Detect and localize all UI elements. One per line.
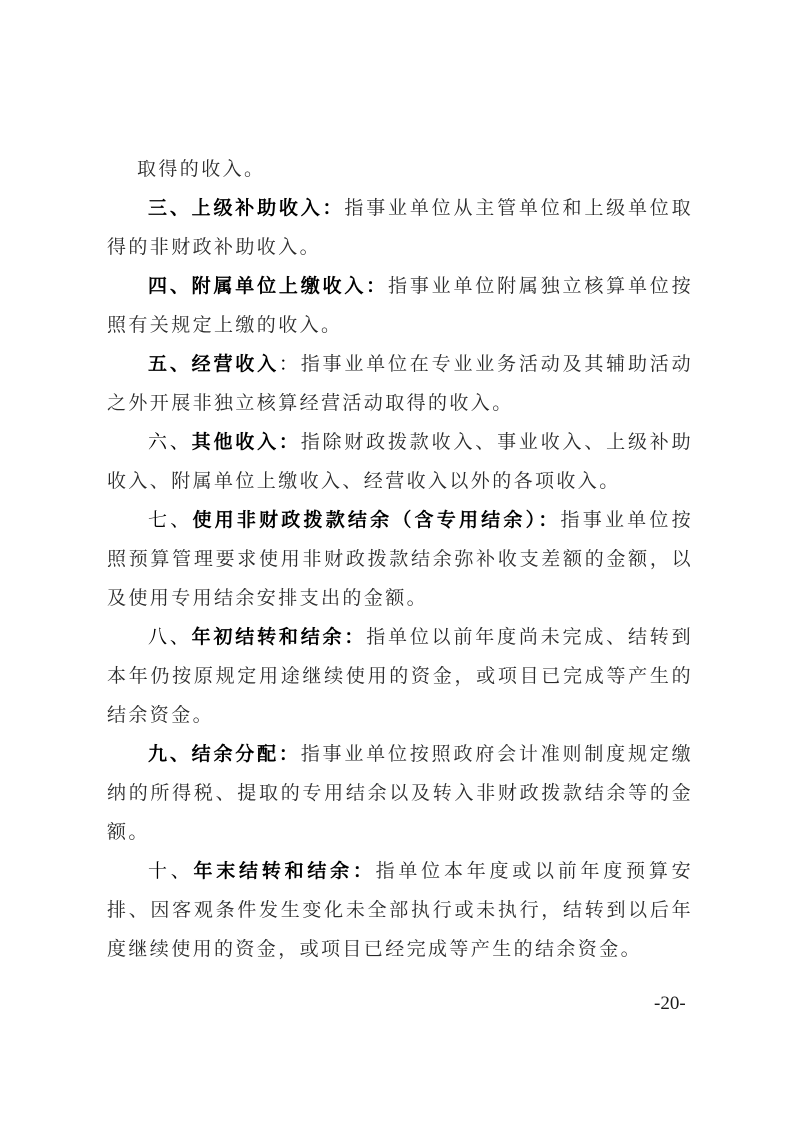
section-number: 三、: [148, 197, 192, 219]
section-3-superior-subsidy-income: 三、上级补助收入：指事业单位从主管单位和上级单位取得的非财政补助收入。: [107, 189, 693, 267]
section-term: 上级补助收入: [192, 197, 323, 219]
section-colon: ：: [366, 275, 388, 297]
section-6-other-income: 六、其他收入：指除财政拨款收入、事业收入、上级补助收入、附属单位上缴收入、经营收…: [107, 423, 693, 501]
section-colon: ：: [323, 197, 345, 219]
section-8-opening-carryover-and-surplus: 八、年初结转和结余：指单位以前年度尚未完成、结转到本年仍按原规定用途继续使用的资…: [107, 618, 693, 735]
section-number: 四、: [148, 275, 192, 297]
document-page: 取得的收入。 三、上级补助收入：指事业单位从主管单位和上级单位取得的非财政补助收…: [0, 0, 793, 1122]
continued-paragraph: 取得的收入。: [107, 150, 693, 189]
paragraph-text: 取得的收入。: [137, 158, 265, 180]
section-term: 结余分配: [192, 743, 279, 765]
section-4-affiliate-remittance-income: 四、附属单位上缴收入：指事业单位附属独立核算单位按照有关规定上缴的收入。: [107, 267, 693, 345]
section-colon: ：: [538, 509, 560, 531]
section-number: 五、: [148, 353, 192, 375]
document-body: 取得的收入。 三、上级补助收入：指事业单位从主管单位和上级单位取得的非财政补助收…: [107, 150, 693, 969]
section-7-use-of-non-fiscal-surplus: 七、使用非财政拨款结余（含专用结余）：指事业单位按照预算管理要求使用非财政拨款结…: [107, 501, 693, 618]
section-term: 附属单位上缴收入: [192, 275, 367, 297]
section-colon: ：: [279, 431, 301, 453]
page-number: -20-: [654, 993, 686, 1015]
section-colon: ：: [279, 353, 301, 375]
section-term: 经营收入: [192, 353, 279, 375]
section-term: 年初结转和结余: [192, 626, 345, 648]
section-number: 六、: [148, 431, 192, 453]
section-5-operating-income: 五、经营收入：指事业单位在专业业务活动及其辅助活动之外开展非独立核算经营活动取得…: [107, 345, 693, 423]
section-colon: ：: [279, 743, 301, 765]
section-number: 十、: [148, 860, 194, 882]
section-term: 使用非财政拨款结余（含专用结余）: [192, 509, 538, 531]
section-number: 八、: [148, 626, 192, 648]
section-10-closing-carryover-and-surplus: 十、年末结转和结余：指单位本年度或以前年度预算安排、因客观条件发生变化未全部执行…: [107, 852, 693, 969]
section-number: 七、: [148, 509, 192, 531]
section-colon: ：: [344, 626, 366, 648]
section-term: 年末结转和结余: [194, 860, 353, 882]
section-term: 其他收入: [192, 431, 279, 453]
section-9-surplus-distribution: 九、结余分配：指事业单位按照政府会计准则制度规定缴纳的所得税、提取的专用结余以及…: [107, 735, 693, 852]
section-number: 九、: [148, 743, 192, 765]
section-colon: ：: [353, 860, 376, 882]
